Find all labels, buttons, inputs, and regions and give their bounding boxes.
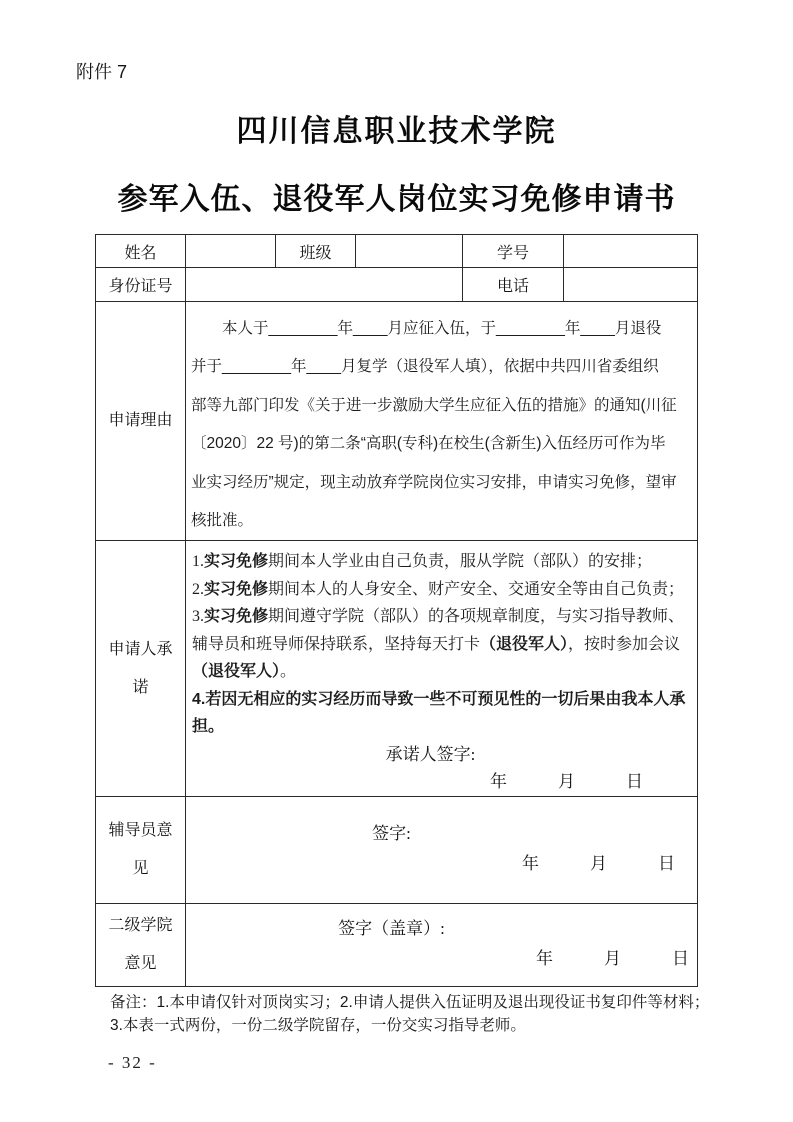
college-signature-label: 签字（盖章）: [186,914,697,939]
class-field[interactable] [356,235,463,268]
id-number-label: 身份证号 [96,268,186,302]
counselor-date-line: 年 月 日 [186,850,697,878]
reason-line-1: 本人于________年____月应征入伍，于________年____月退役 [191,310,691,348]
row-applicant-commitment: 申请人承诺 1.实习免修期间本人学业由自己负责，服从学院（部队）的安排； 2.实… [96,541,698,797]
footer-notes: 备注：1.本申请仅针对顶岗实习；2.申请人提供入伍证明及退出现役证书复印件等材料… [110,991,710,1037]
document-page: 附件 7 四川信息职业技术学院 参军入伍、退役军人岗位实习免修申请书 姓名 班级… [0,0,793,1122]
row-counselor-opinion: 辅导员意见 签字: 年 月 日 [96,796,698,903]
reason-line-2: 并于________年____月复学（退役军人填），依据中共四川省委组织 [191,348,691,386]
page-subtitle: 参军入伍、退役军人岗位实习免修申请书 [0,174,793,218]
college-opinion-field[interactable]: 签字（盖章）: 年 月 日 [186,903,698,986]
application-reason-text: 本人于________年____月应征入伍，于________年____月退役 … [186,302,698,541]
applicant-commitment-label: 申请人承诺 [96,541,186,797]
commitment-item-1: 1.实习免修期间本人学业由自己负责，服从学院（部队）的安排； [192,548,689,576]
college-date-line: 年 月 日 [186,945,697,973]
class-label: 班级 [276,235,356,268]
page-number: - 32 - [108,1053,793,1073]
reason-line-4: 〔2020〕22 号)的第二条“高职(专科)在校生(含新生)入伍经历可作为毕 [191,425,691,463]
commitment-item-2: 2.实习免修期间本人的人身安全、财产安全、交通安全等由自己负责； [192,576,689,604]
student-id-field[interactable] [564,235,698,268]
reason-line-5: 业实习经历”规定，现主动放弃学院岗位实习安排，申请实习免修，望审 [191,464,691,502]
commitment-item-3: 3.实习免修期间遵守学院（部队）的各项规章制度，与实习指导教师、辅导员和班导师保… [192,603,689,686]
footer-note-line-2: 3.本表一式两份，一份二级学院留存，一份交实习指导老师。 [110,1014,710,1037]
commitment-date-line: 年 月 日 [192,768,689,796]
name-field[interactable] [186,235,276,268]
attachment-label: 附件 7 [76,58,793,84]
applicant-commitment-text: 1.实习免修期间本人学业由自己负责，服从学院（部队）的安排； 2.实习免修期间本… [186,541,698,797]
footer-note-line-1: 备注：1.本申请仅针对顶岗实习；2.申请人提供入伍证明及退出现役证书复印件等材料… [110,991,710,1014]
row-idnumber-phone: 身份证号 电话 [96,268,698,302]
reason-line-6: 核批准。 [191,502,691,540]
reason-line-3: 部等九部门印发《关于进一步激励大学生应征入伍的措施》的通知(川征 [191,387,691,425]
id-number-field[interactable] [186,268,463,302]
college-opinion-label: 二级学院意见 [96,903,186,986]
phone-label: 电话 [463,268,564,302]
row-name-class-id: 姓名 班级 学号 [96,235,698,268]
application-form-table: 姓名 班级 学号 身份证号 电话 申请理由 本人于________年____月应… [95,234,698,987]
counselor-opinion-label: 辅导员意见 [96,796,186,903]
row-college-opinion: 二级学院意见 签字（盖章）: 年 月 日 [96,903,698,986]
application-reason-label: 申请理由 [96,302,186,541]
promiser-signature-label[interactable]: 承诺人签字: [192,741,689,769]
counselor-signature-label: 签字: [186,819,697,844]
commitment-item-4: 4.若因无相应的实习经历而导致一些不可预见性的一切后果由我本人承担。 [192,686,689,741]
row-application-reason: 申请理由 本人于________年____月应征入伍，于________年___… [96,302,698,541]
name-label: 姓名 [96,235,186,268]
phone-field[interactable] [564,268,698,302]
counselor-opinion-field[interactable]: 签字: 年 月 日 [186,796,698,903]
page-title: 四川信息职业技术学院 [0,106,793,150]
student-id-label: 学号 [463,235,564,268]
